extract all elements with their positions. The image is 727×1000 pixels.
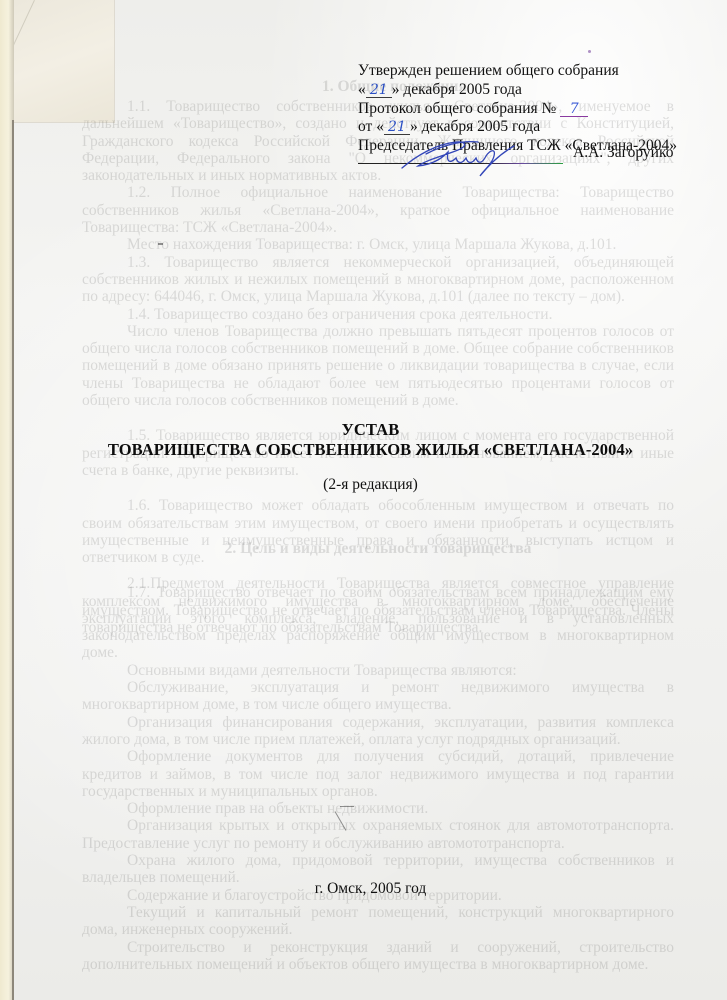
bleed-paragraph: Организация крытых и открытых охраняемых… (82, 817, 674, 852)
bleed-paragraph: 1.2. Полное официальное наименование Тов… (82, 184, 674, 236)
approval-date-1: «21» декабря 2005 года (358, 81, 677, 100)
bleed-paragraph: Текущий и капитальный ремонт помещений, … (82, 904, 674, 939)
protocol-line: Протокол общего собрания № 7 (358, 100, 677, 119)
bleed-paragraph: Организация финансирования содержания, э… (82, 714, 674, 749)
bleed-heading-2: 2. Цель и виды деятельности товарищества (82, 540, 674, 557)
city-year: г. Омск, 2005 год (14, 880, 727, 898)
title-block: УСТАВ ТОВАРИЩЕСТВА СОБСТВЕННИКОВ ЖИЛЬЯ «… (14, 420, 727, 494)
scratch-mark (340, 806, 354, 807)
bleed-paragraph: Место нахождения Товарищества: г. Омск, … (82, 236, 674, 253)
bleed-paragraph: Строительство и реконструкция зданий и с… (82, 939, 674, 974)
bleed-paragraph: 1.3. Товарищество является некоммерческо… (82, 254, 674, 306)
handwritten-day-2: 21 (384, 120, 410, 135)
bleed-paragraph: Обслуживание, эксплуатация и ремонт недв… (82, 679, 674, 714)
ink-speck (588, 50, 591, 53)
handwritten-day-1: 21 (366, 83, 392, 98)
bleed-paragraph: Оформление документов для получения субс… (82, 748, 674, 800)
handwritten-protocol-number: 7 (560, 102, 588, 117)
bleed-paragraph: Число членов Товарищества должно превыша… (82, 323, 674, 409)
bleed-section-2: 2. Цель и виды деятельности товарищества… (82, 540, 674, 973)
signature-icon (396, 136, 526, 178)
bleed-paragraph: Основными видами деятельности Товарищест… (82, 662, 674, 679)
bleed-paragraph: 2.1.Предметом деятельности Товарищества … (82, 575, 674, 661)
organization-name: ТОВАРИЩЕСТВА СОБСТВЕННИКОВ ЖИЛЬЯ «СВЕТЛА… (14, 440, 727, 460)
signature-row: А.А. Загоруйко (358, 136, 688, 176)
document-title: УСТАВ (14, 420, 727, 440)
approval-line: Утвержден решением общего собрания (358, 62, 677, 81)
bleed-paragraph: Оформление прав на объекты недвижимости. (82, 800, 674, 817)
bleed-paragraph: 1.4. Товарищество создано без ограничени… (82, 306, 674, 323)
edition-label: (2-я редакция) (14, 476, 727, 494)
scratch-mark (158, 243, 163, 245)
approval-date-2: от «21» декабря 2005 года (358, 118, 677, 137)
signer-name: А.А. Загоруйко (573, 144, 673, 162)
